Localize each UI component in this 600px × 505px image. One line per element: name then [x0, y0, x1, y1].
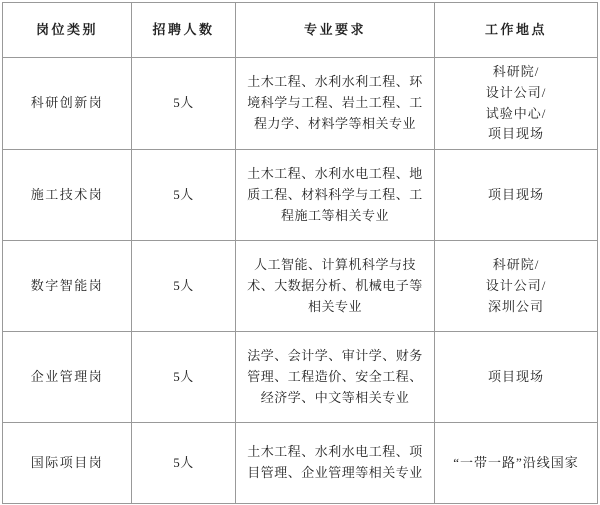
cell-majors: 人工智能、计算机科学与技术、大数据分析、机械电子等相关专业: [236, 241, 435, 332]
cell-majors: 土木工程、水利水电工程、地质工程、材料科学与工程、工程施工等相关专业: [236, 150, 435, 241]
cell-location: 项目现场: [435, 150, 598, 241]
cell-category: 施工技术岗: [3, 150, 132, 241]
table-row: 企业管理岗 5人 法学、会计学、审计学、财务管理、工程造价、安全工程、经济学、中…: [3, 332, 598, 423]
cell-majors: 土木工程、水利水电工程、项目管理、企业管理等相关专业: [236, 423, 435, 504]
cell-majors: 土木工程、水利水利工程、环境科学与工程、岩土工程、工程力学、材料学等相关专业: [236, 58, 435, 150]
cell-location: 项目现场: [435, 332, 598, 423]
table-row: 数字智能岗 5人 人工智能、计算机科学与技术、大数据分析、机械电子等相关专业 科…: [3, 241, 598, 332]
cell-location: 科研院/ 设计公司/ 深圳公司: [435, 241, 598, 332]
table-row: 施工技术岗 5人 土木工程、水利水电工程、地质工程、材料科学与工程、工程施工等相…: [3, 150, 598, 241]
cell-location: 科研院/ 设计公司/ 试验中心/ 项目现场: [435, 58, 598, 150]
cell-count: 5人: [132, 241, 236, 332]
cell-category: 科研创新岗: [3, 58, 132, 150]
table-row: 国际项目岗 5人 土木工程、水利水电工程、项目管理、企业管理等相关专业 “一带一…: [3, 423, 598, 504]
header-cell-position-category: 岗位类别: [3, 3, 132, 58]
cell-category: 数字智能岗: [3, 241, 132, 332]
cell-count: 5人: [132, 423, 236, 504]
cell-category: 企业管理岗: [3, 332, 132, 423]
cell-count: 5人: [132, 332, 236, 423]
header-cell-recruit-count: 招聘人数: [132, 3, 236, 58]
table-row: 科研创新岗 5人 土木工程、水利水利工程、环境科学与工程、岩土工程、工程力学、材…: [3, 58, 598, 150]
cell-count: 5人: [132, 58, 236, 150]
recruitment-table-page: 岗位类别 招聘人数 专业要求 工作地点 科研创新岗 5人 土木工程、水利水利工程…: [0, 0, 600, 505]
cell-count: 5人: [132, 150, 236, 241]
header-cell-major-requirements: 专业要求: [236, 3, 435, 58]
table-header-row: 岗位类别 招聘人数 专业要求 工作地点: [3, 3, 598, 58]
cell-category: 国际项目岗: [3, 423, 132, 504]
cell-location: “一带一路”沿线国家: [435, 423, 598, 504]
recruitment-table: 岗位类别 招聘人数 专业要求 工作地点 科研创新岗 5人 土木工程、水利水利工程…: [2, 2, 598, 504]
cell-majors: 法学、会计学、审计学、财务管理、工程造价、安全工程、经济学、中文等相关专业: [236, 332, 435, 423]
header-cell-work-location: 工作地点: [435, 3, 598, 58]
